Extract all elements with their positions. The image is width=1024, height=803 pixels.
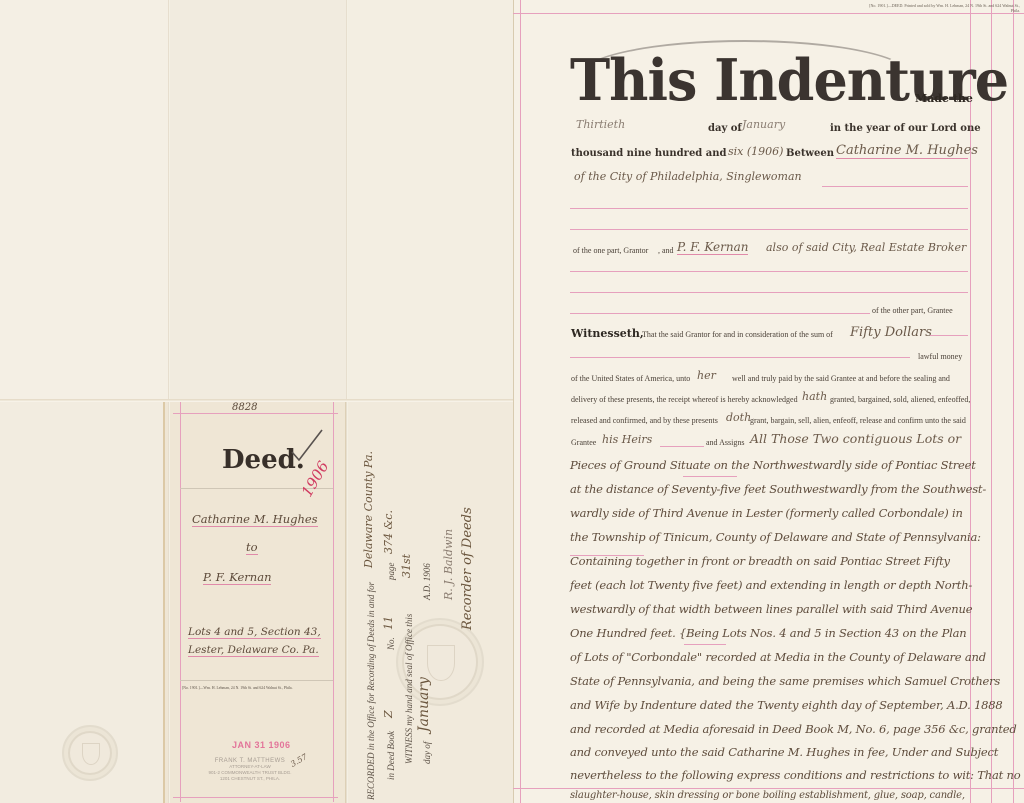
body-line: slaughter-house, skin dressing or bone b… [570,790,965,801]
delivery-line-a: delivery of these presents, the receipt … [571,395,798,404]
sum-value: Fifty Dollars [850,325,932,340]
fill-line [570,313,870,314]
fill-line [822,186,968,187]
cover-printer-note: [No. 1901.]—Wm. H. Lehman, 24 N. 19th St… [182,686,293,690]
cover-rule [333,402,334,802]
cover-property-line2: Lester, Delaware Co. Pa. [188,644,319,657]
month-value: January [742,118,785,131]
cover-grantor-name: Catharine M. Hughes [192,512,318,527]
cover-rule [180,402,181,802]
hath-value: hath [802,390,827,403]
body-line: State of Pennsylvania, and being the sam… [570,674,1000,688]
fill-line [570,271,968,272]
top-rule [513,13,1024,14]
cover-rule [173,797,338,798]
body-line: westwardly of that width between lines p… [570,602,972,616]
fill-line [570,292,968,293]
between-label: Between [786,148,834,159]
witnesseth-label: Witnesseth, [571,327,644,340]
body-line: One Hundred feet. {Being Lots Nos. 4 and… [570,626,966,640]
and-label: , and [658,246,674,255]
body-line: of Lots of "Corbondale" recorded at Medi… [570,650,986,664]
made-the-label: Made the [915,92,973,105]
bottom-rule [513,788,1024,789]
cover-to-label: to [246,540,258,555]
underline-mark [683,476,737,477]
recorder-title: Recorder of Deeds [460,507,475,630]
body-line: and conveyed unto the said Catharine M. … [570,745,998,759]
body-line: nevertheless to the following express co… [570,768,1020,782]
fill-line [570,229,968,230]
page-value: 374 &c. [382,510,395,554]
recording-certificate: RECORDED in the Office for Recording of … [358,420,478,800]
embossed-seal-icon [62,725,118,781]
day-value: Thirtieth [576,118,625,131]
fill-line [570,357,910,358]
page-label: page [386,563,396,581]
body-line: wardly side of Third Avenue in Lester (f… [570,506,963,520]
delivery-line-b: granted, bargained, sold, aliened, enfeo… [830,395,970,404]
recorded-county: Delaware County Pa. [362,451,375,568]
underline-mark [570,555,644,556]
body-line: All Those Two contiguous Lots or [750,431,961,446]
deed-book-label: in Deed Book [386,731,396,780]
blank-panel-top-right [348,0,513,400]
assigns-label: and Assigns [706,438,744,447]
cover-property-line1: Lots 4 and 5, Section 43, [188,626,321,639]
heirs-value: his Heirs [602,433,652,446]
witness-line: WITNESS my hand and seal of Office this [404,614,414,764]
file-number: 8828 [232,402,257,413]
body-line: the Township of Tinicum, County of Delaw… [570,530,981,544]
checkmark-icon [290,428,324,462]
thousand-phrase: thousand nine hundred and [571,148,727,159]
year-phrase: in the year of our Lord one [830,123,981,134]
received-date-stamp: JAN 31 1906 [232,740,291,750]
fill-line [570,208,968,209]
cover-divider [180,680,333,681]
released-line-a: released and confirmed, and by these pre… [571,416,718,425]
grantee-label: Grantee [571,438,596,447]
deed-book-value: Z [382,710,395,718]
other-part-label: of the other part, Grantee [872,306,953,315]
printer-note: [No. 1901.]—DEED. Printed and sold by Wm… [860,3,1020,13]
body-line: Containing together in front or breadth … [570,554,950,568]
recording-month: January [416,677,432,732]
body-line: at the distance of Seventy-five feet Sou… [570,482,986,496]
body-line: and recorded at Media aforesaid in Deed … [570,722,1017,736]
doth-value: doth [726,411,751,424]
recorder-signature: R. J. Baldwin [442,529,455,600]
grantor-residence: of the City of Philadelphia, Singlewoman [574,170,802,183]
ad-year: A.D. 1906 [422,563,432,600]
body-line: Pieces of Ground Situate on the Northwes… [570,458,976,472]
us-line-a: of the United States of America, unto [571,374,690,383]
underline-mark [684,644,726,645]
blank-panel-top-middle [168,0,348,400]
fill-line [930,335,968,336]
witness-day: 31st [400,554,413,578]
day-of-label: day of [422,742,432,764]
grantee-name: P. F. Kernan [677,240,748,255]
margin-rule [520,0,521,803]
body-line: and Wife by Indenture dated the Twenty e… [570,698,1003,712]
year-value: six (1906) [728,145,783,158]
us-line-b: well and truly paid by the said Grantee … [732,374,950,383]
recorded-line: RECORDED in the Office for Recording of … [366,582,376,800]
attorney-address-2: 1201 CHESTNUT ST., PHILA. [200,776,300,782]
body-line: feet (each lot Twenty five feet) and ext… [570,578,972,592]
no-value: 11 [382,616,395,630]
released-line-b: grant, bargain, sell, alien, enfeoff, re… [750,416,966,425]
deed-document: 8828 Deed. 1906 Catharine M. Hughes to P… [0,0,1024,803]
unto-value: her [697,369,716,382]
attorney-stamp: FRANK T. MATTHEWS ATTORNEY-AT-LAW 901-2 … [200,758,300,782]
one-part-label: of the one part, Grantor [573,246,648,255]
cover-grantee-name: P. F. Kernan [203,570,271,585]
grantee-residence: also of said City, Real Estate Broker [766,241,966,254]
lawful-money-label: lawful money [918,352,962,361]
blank-panel-bottom-left [0,400,165,803]
fill-line [660,446,704,447]
no-label: No. [386,637,396,650]
day-of-label: day of [708,123,742,134]
consideration-text: That the said Grantor for and in conside… [642,330,833,339]
cover-rule [173,413,338,414]
blank-panel-top-left [0,0,168,400]
grantor-name: Catharine M. Hughes [836,143,968,159]
margin-rule [1013,0,1014,803]
